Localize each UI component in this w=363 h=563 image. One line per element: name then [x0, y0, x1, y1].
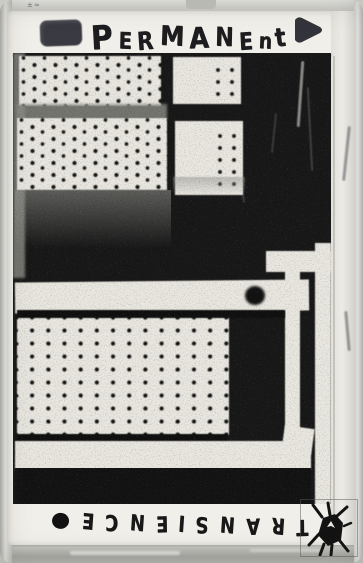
art-scratch: [297, 61, 305, 127]
fold-crease: [333, 56, 335, 526]
record-icon: [52, 513, 69, 529]
spine-crease-mark: [342, 126, 351, 181]
stop-icon: [40, 19, 83, 46]
case-hinge-tab: [186, 0, 216, 9]
art-scratch: [307, 87, 313, 171]
flipped-title-group: TRANSIENCE: [52, 506, 311, 543]
play-icon: [291, 15, 325, 45]
cassette-photo: ±≈ PERMANEnt: [0, 0, 363, 563]
art-scratch: [271, 113, 277, 153]
art-window-block: [173, 57, 241, 104]
art-window-block: [17, 118, 167, 190]
album-title: PERMANEnt: [90, 13, 288, 57]
case-top-scribble: ±≈: [27, 1, 49, 9]
bottom-strip: TRANSIENCE: [12, 503, 332, 545]
art-punchcard-block: [17, 318, 229, 435]
art-top-rule: [17, 310, 285, 318]
plastic-highlight: [70, 551, 180, 555]
art-ledge: [15, 279, 309, 313]
jcard-insert: PERMANEnt: [8, 11, 356, 545]
title-strip: PERMANEnt: [12, 13, 332, 57]
art-window-block: [19, 56, 161, 106]
art-white-band: [15, 441, 311, 469]
spine-crease-mark: [344, 311, 350, 351]
art-window-dots: [207, 61, 236, 100]
insect-stamp-icon: [304, 501, 354, 556]
xerox-artwork: [13, 53, 331, 504]
art-fade-texture: [173, 177, 245, 195]
art-black-band: [15, 468, 311, 504]
cassette-case: ±≈ PERMANEnt: [0, 0, 363, 563]
art-mortar-band: [17, 104, 167, 119]
bottom-title: TRANSIENCE: [81, 509, 311, 540]
art-window-block: [175, 121, 243, 195]
art-fade-texture: [15, 190, 171, 248]
art-ledge-blob: [245, 286, 265, 305]
art-column: [315, 243, 331, 504]
